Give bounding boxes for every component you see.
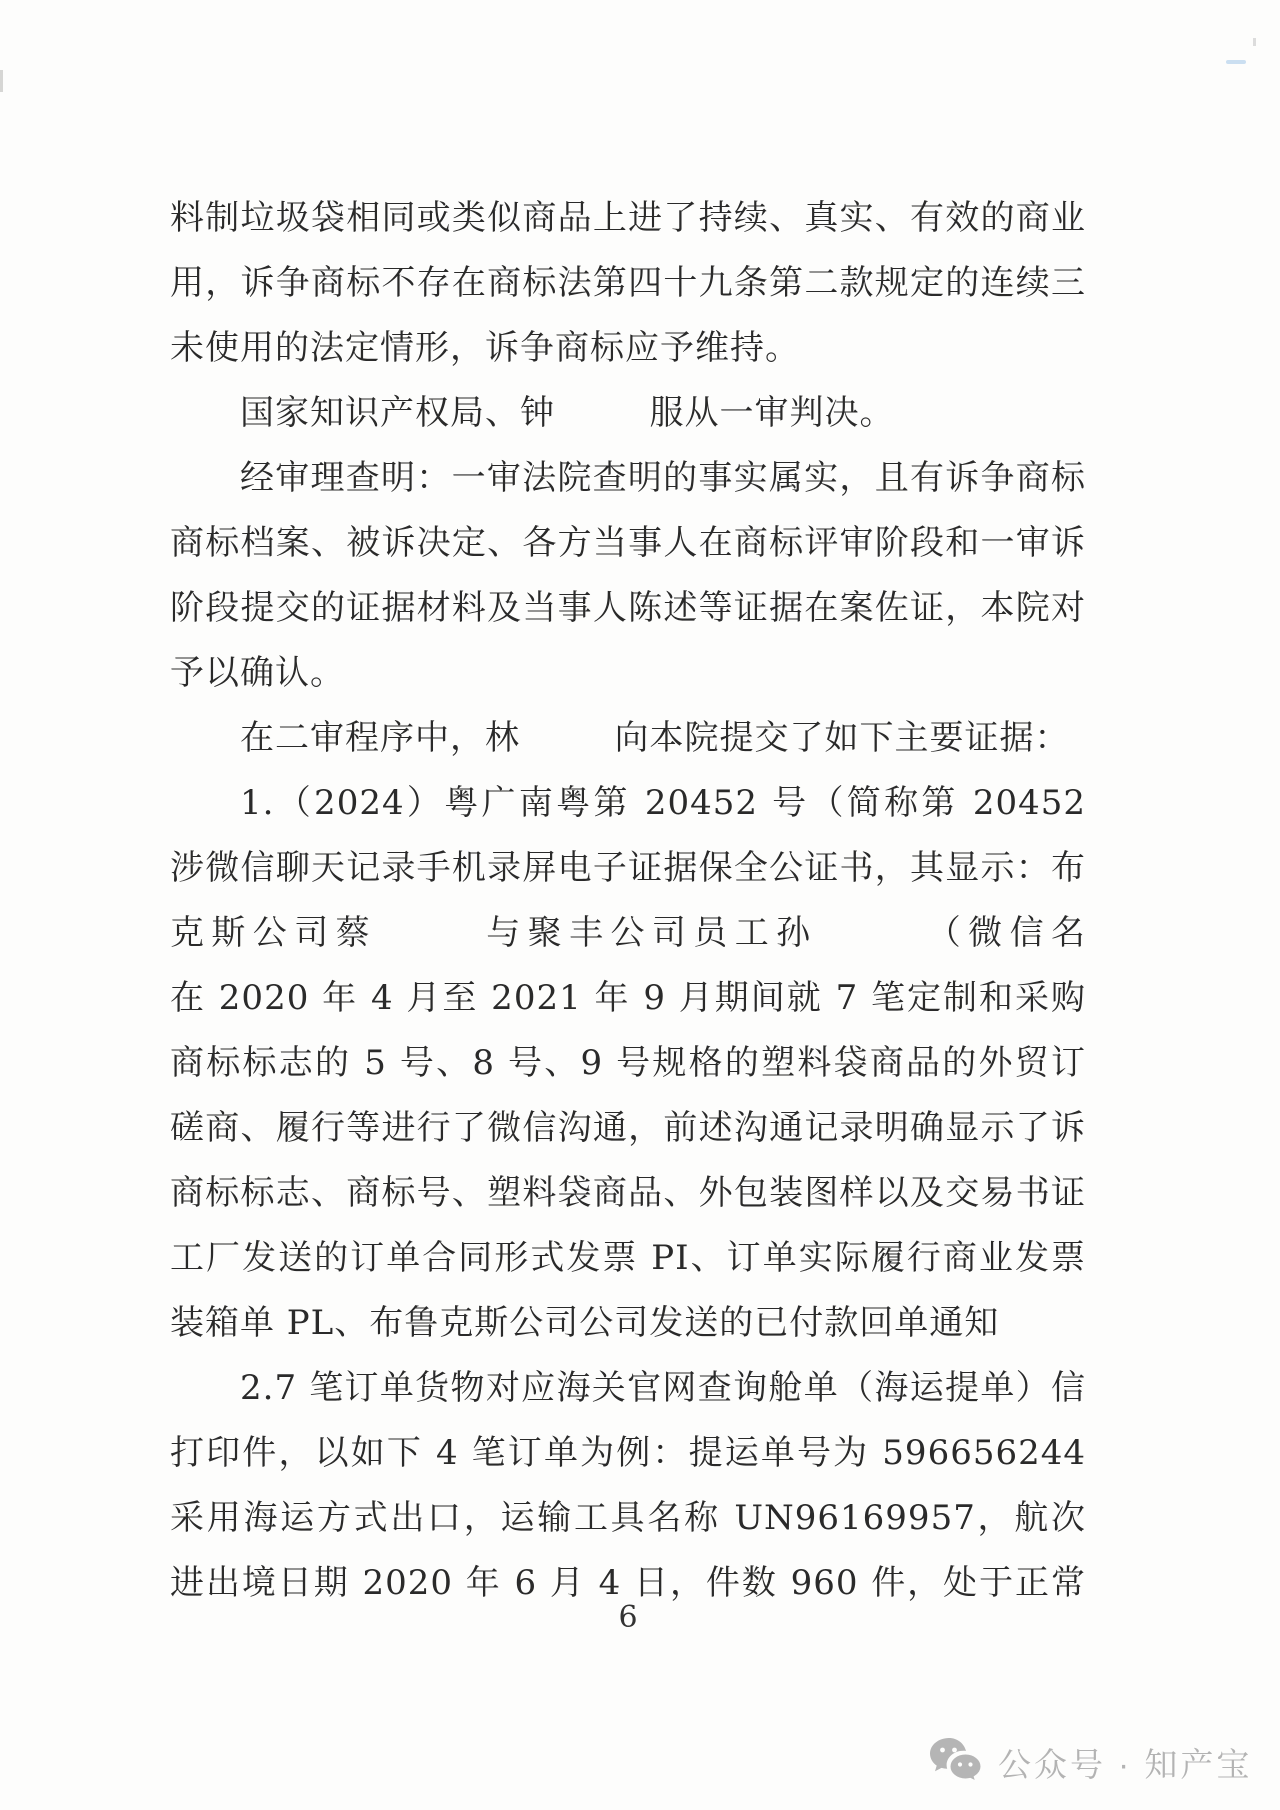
text-line: 用，诉争商标不存在商标法第四十九条第二款规定的连续三年 (170, 251, 1086, 316)
watermark-label: 公众号 · 知产宝 (998, 1739, 1252, 1786)
text-line: 在二审程序中，林 向本院提交了如下主要证据： (170, 706, 1086, 771)
text-line: 经审理查明：一审法院查明的事实属实，且有诉争商标的 (170, 446, 1086, 511)
text-line: 在 2020 年 4 月至 2021 年 9 月期间就 7 笔定制和采购印有诉争 (170, 966, 1086, 1031)
text-line: 予以确认。 (170, 641, 1086, 706)
text-line: 料制垃圾袋相同或类似商品上进了持续、真实、有效的商业使 (170, 186, 1086, 251)
text-line: 2.7 笔订单货物对应海关官网查询舱单（海运提单）信息 (170, 1356, 1086, 1421)
page-number: 6 (170, 1598, 1086, 1638)
text-line: 商标标志、商标号、塑料袋商品、外包装图样以及交易书证（含 (170, 1161, 1086, 1226)
text-line: 1.（2024）粤广南粤第 20452 号（简称第 20452 号公证书） (170, 771, 1086, 836)
text-line: 涉微信聊天记录手机录屏电子证据保全公证书，其显示：布鲁 (170, 836, 1086, 901)
text-line: 磋商、履行等进行了微信沟通，前述沟通记录明确显示了诉争 (170, 1096, 1086, 1161)
scan-dot-artifact (1253, 38, 1256, 46)
text-line: 国家知识产权局、钟 服从一审判决。 (170, 381, 1086, 446)
text-line: 工厂发送的订单合同形式发票 PI、订单实际履行商业发票 CI、 (170, 1226, 1086, 1291)
body-text: 料制垃圾袋相同或类似商品上进了持续、真实、有效的商业使 用，诉争商标不存在商标法… (170, 186, 1086, 1616)
text-line: 克斯公司蔡 与聚丰公司员工孙 （微信名称： ） (170, 901, 1086, 966)
text-line: 阶段提交的证据材料及当事人陈述等证据在案佐证，本院对此 (170, 576, 1086, 641)
text-line: 未使用的法定情形，诉争商标应予维持。 (170, 316, 1086, 381)
text-line: 商标标志的 5 号、8 号、9 号规格的塑料袋商品的外贸订单的 (170, 1031, 1086, 1096)
text-line: 装箱单 PL、布鲁克斯公司公司发送的已付款回单通知等）。 (170, 1291, 1086, 1356)
scan-edge-artifact (0, 70, 3, 92)
text-line: 商标档案、被诉决定、各方当事人在商标评审阶段和一审诉讼 (170, 511, 1086, 576)
wechat-icon (928, 1736, 984, 1788)
text-line: 打印件，以如下 4 笔订单为例：提运单号为 596656244 的订单 (170, 1421, 1086, 1486)
watermark: 公众号 · 知产宝 (928, 1736, 1252, 1788)
text-line: 采用海运方式出口，运输工具名称 UN96169957，航次 023W， (170, 1486, 1086, 1551)
scan-blue-mark-artifact (1226, 60, 1246, 64)
document-page: 料制垃圾袋相同或类似商品上进了持续、真实、有效的商业使 用，诉争商标不存在商标法… (0, 0, 1280, 1810)
